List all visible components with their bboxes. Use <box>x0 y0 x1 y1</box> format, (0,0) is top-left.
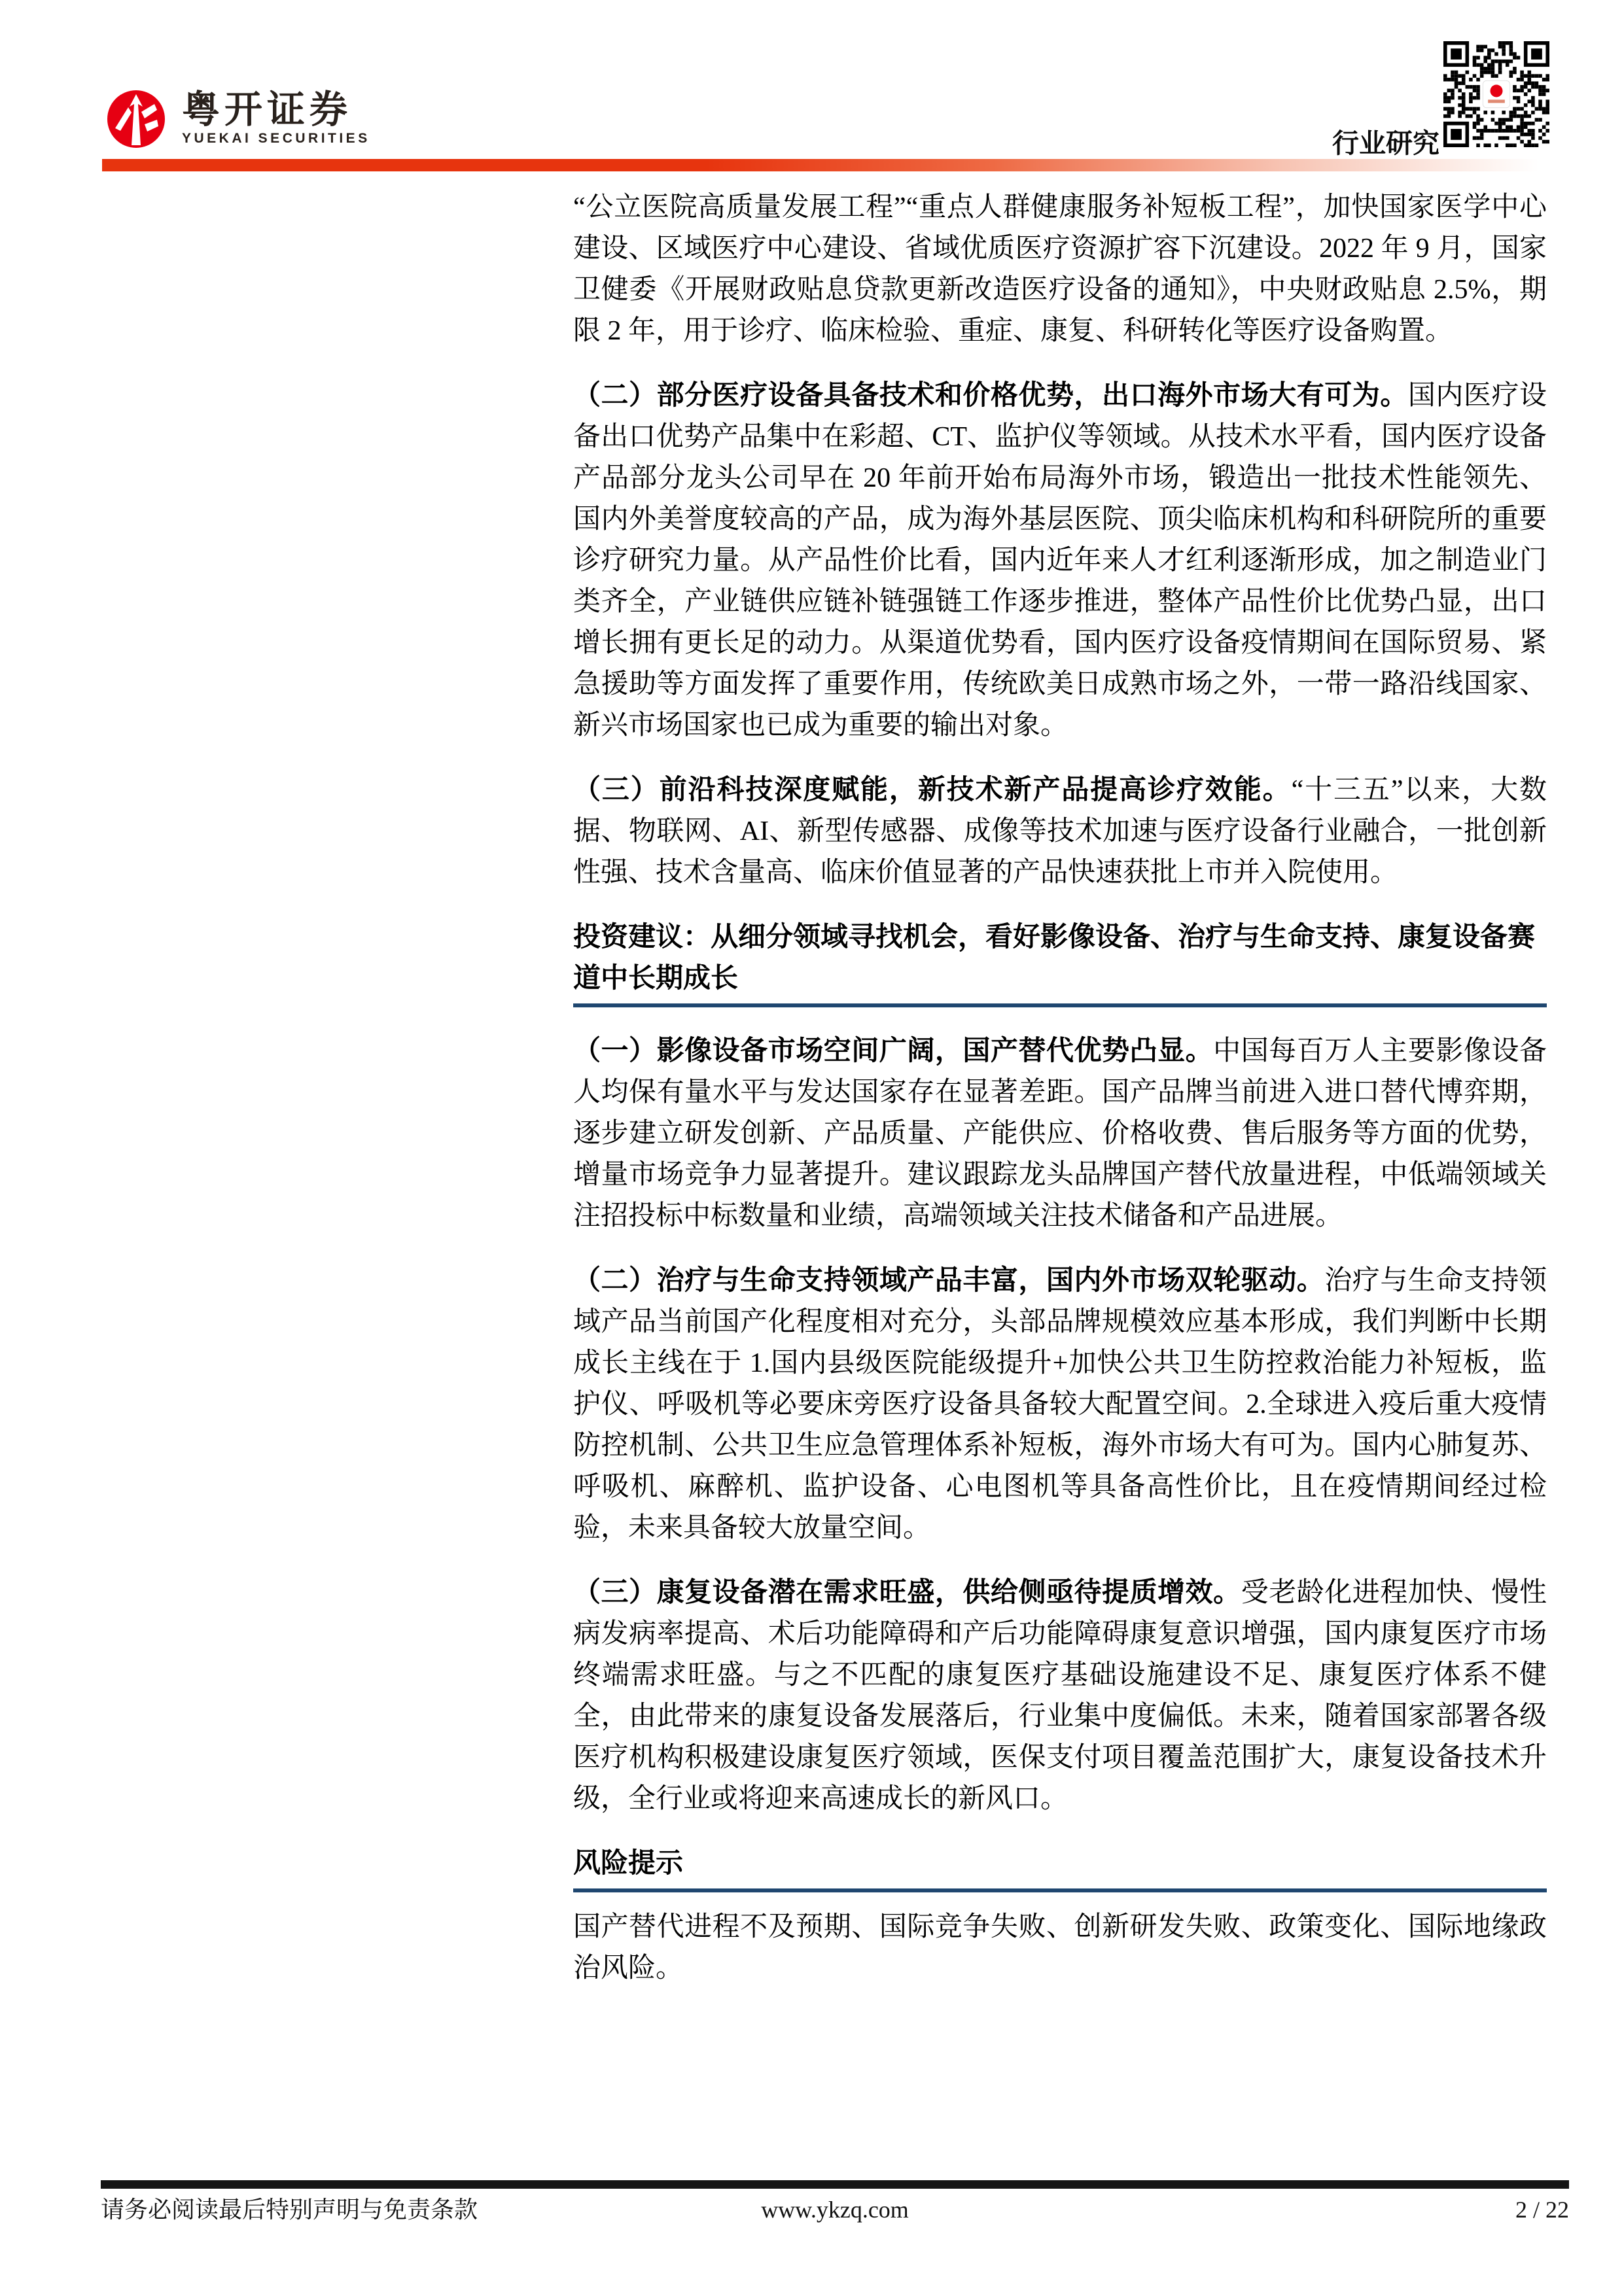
paragraph-text: 国内医疗设备出口优势产品集中在彩超、CT、监护仪等领域。从技术水平看，国内医疗设… <box>573 381 1547 740</box>
paragraph-lead: （一）影像设备市场空间广阔，国产替代优势凸显。 <box>573 1035 1213 1066</box>
risk-heading: 风险提示 <box>573 1842 1547 1892</box>
paragraph-risk: 国产替代进程不及预期、国际竞争失败、创新研发失败、政策变化、国际地缘政治风险。 <box>573 1907 1547 1989</box>
header-accent-rule <box>102 159 1539 171</box>
qr-code <box>1443 41 1549 147</box>
brand-logo: 粤开证券 YUEKAI SECURITIES <box>107 90 370 148</box>
report-category-label: 行业研究 <box>1332 122 1439 160</box>
paragraph-policy: “公立医院高质量发展工程”“重点人群健康服务补短板工程”，加快国家医学中心建设、… <box>573 186 1547 352</box>
yuekai-logo-icon <box>107 90 165 148</box>
report-page: { "colors": { "brand_red": "#E60012", "h… <box>0 0 1624 2296</box>
page-number: 2 / 22 <box>1515 2195 1569 2224</box>
paragraph-lead: （三）康复设备潜在需求旺盛，供给侧亟待提质增效。 <box>573 1576 1241 1607</box>
qr-center-logo <box>1483 80 1509 107</box>
report-body: “公立医院高质量发展工程”“重点人群健康服务补短板工程”，加快国家医学中心建设、… <box>573 186 1547 2011</box>
logo-name-en: YUEKAI SECURITIES <box>182 131 370 147</box>
paragraph-lead: （三）前沿科技深度赋能，新技术新产品提高诊疗效能。 <box>573 774 1292 805</box>
paragraph-imaging: （一）影像设备市场空间广阔，国产替代优势凸显。中国每百万人主要影像设备人均保有量… <box>573 1030 1547 1237</box>
paragraph-tech: （三）前沿科技深度赋能，新技术新产品提高诊疗效能。“十三五”以来，大数据、物联网… <box>573 769 1547 894</box>
paragraph-lead: （二）治疗与生命支持领域产品丰富，国内外市场双轮驱动。 <box>573 1264 1324 1295</box>
investment-advice-heading: 投资建议：从细分领域寻找机会，看好影像设备、治疗与生命支持、康复设备赛道中长期成… <box>573 916 1547 1007</box>
footer-website-url: www.ykzq.com <box>761 2195 909 2224</box>
paragraph-rehab: （三）康复设备潜在需求旺盛，供给侧亟待提质增效。受老龄化进程加快、慢性病发病率提… <box>573 1571 1547 1820</box>
paragraph-text: 受老龄化进程加快、慢性病发病率提高、术后功能障碍和产后功能障碍康复意识增强，国内… <box>573 1578 1547 1814</box>
footer-disclaimer: 请务必阅读最后特别声明与免责条款 <box>101 2195 478 2224</box>
paragraph-lead: （二）部分医疗设备具备技术和价格优势，出口海外市场大有可为。 <box>573 379 1408 410</box>
page-footer: 请务必阅读最后特别声明与免责条款 www.ykzq.com 2 / 22 <box>101 2195 1569 2224</box>
paragraph-export: （二）部分医疗设备具备技术和价格优势，出口海外市场大有可为。国内医疗设备出口优势… <box>573 374 1547 746</box>
logo-name-cn: 粤开证券 <box>182 90 370 130</box>
paragraph-life-support: （二）治疗与生命支持领域产品丰富，国内外市场双轮驱动。治疗与生命支持领域产品当前… <box>573 1259 1547 1549</box>
paragraph-text: 治疗与生命支持领域产品当前国产化程度相对充分，头部品牌规模效应基本形成，我们判断… <box>573 1266 1547 1543</box>
paragraph-text: “公立医院高质量发展工程”“重点人群健康服务补短板工程”，加快国家医学中心建设、… <box>573 192 1547 346</box>
footer-rule <box>101 2180 1569 2189</box>
